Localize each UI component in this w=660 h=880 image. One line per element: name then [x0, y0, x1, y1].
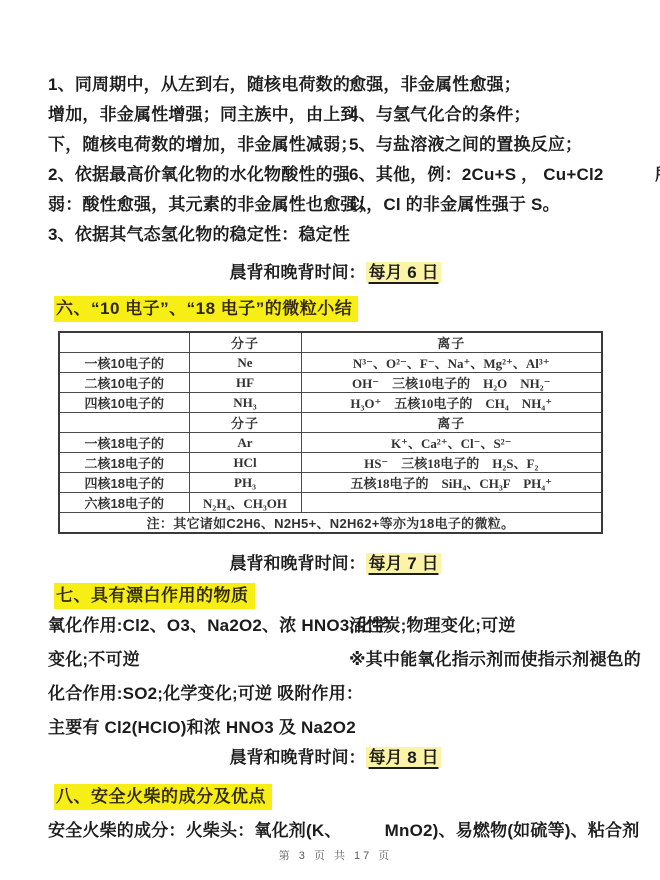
table-cell-label: 一核18电子的: [59, 433, 189, 453]
table-cell-molecule: N₂H₄、CH₃OH: [189, 493, 301, 513]
table-cell-ion: N³⁻、O²⁻、F⁻、Na⁺、Mg²⁺、Al³⁺: [301, 353, 602, 373]
bleach-left-column: 氧化作用:Cl2、O3、Na2O2、浓 HNO3;化学 变化;不可逆 化合作用:…: [48, 609, 336, 745]
periodic-left-column: 1、同周期中，从左到右，随核电荷数的 增加，非金属性增强；同主族中，由上到 下，…: [48, 70, 336, 250]
table-cell-label: 一核10电子的: [59, 353, 189, 373]
table-row: 二核18电子的 HCl HS⁻ 三核18电子的 H₂S、F₂: [59, 453, 602, 473]
table-cell-molecule: HF: [189, 373, 301, 393]
table-cell-label: 四核18电子的: [59, 473, 189, 493]
heading-row: 八、安全火柴的成分及优点: [48, 784, 623, 810]
table-row: 二核10电子的 HF OH⁻ 三核10电子的 H₂O NH₂⁻: [59, 373, 602, 393]
recite-time-value: 每月 7 日: [366, 553, 442, 574]
text-line: 增加，非金属性增强；同主族中，由上到: [48, 100, 336, 130]
electron-particle-table: 分子 离子 一核10电子的 Ne N³⁻、O²⁻、F⁻、Na⁺、Mg²⁺、Al³…: [58, 331, 603, 534]
heading-row: 七、具有漂白作用的物质: [48, 583, 623, 609]
text-line: 变化;不可逆: [48, 643, 336, 677]
table-row: 一核18电子的 Ar K⁺、Ca²⁺、Cl⁻、S²⁻: [59, 433, 602, 453]
page-number: 第 3 页 共 17 页: [48, 847, 623, 863]
bleach-right-column: 活性炭;物理变化;可逆 ※其中能氧化指示剂而使指示剂褪色的: [349, 609, 623, 745]
table-cell-ion: 五核18电子的 SiH₄、CH₃F PH₄⁺: [301, 473, 602, 493]
table-cell-label: 二核10电子的: [59, 373, 189, 393]
table-note: 注：其它诸如C2H6、N2H5+、N2H62+等亦为18电子的微粒。: [59, 513, 602, 534]
section-heading-eight: 八、安全火柴的成分及优点: [54, 784, 272, 810]
text-line: 活性炭;物理变化;可逆: [349, 609, 623, 643]
table-header-row: 分子 离子: [59, 332, 602, 353]
table-cell-ion: [301, 493, 602, 513]
periodic-trend-section: 1、同周期中，从左到右，随核电荷数的 增加，非金属性增强；同主族中，由上到 下，…: [48, 70, 623, 250]
text-line: 弱：酸性愈强，其元素的非金属性也愈强；: [48, 190, 336, 220]
text-line: 下，随核电荷数的增加，非金属性减弱；: [48, 130, 336, 160]
table-row: 六核18电子的 N₂H₄、CH₃OH: [59, 493, 602, 513]
text-line: ※其中能氧化指示剂而使指示剂褪色的: [349, 643, 623, 677]
table-header-row: 分子 离子: [59, 413, 602, 433]
table-header-molecule: 分子: [189, 413, 301, 433]
text-line: 以，Cl 的非金属性强于 S。: [349, 190, 623, 220]
text-line: 4、与氢气化合的条件；: [349, 100, 623, 130]
recite-time-line: 晨背和晚背时间：每月 8 日: [48, 745, 623, 771]
text-line: 5、与盐溶液之间的置换反应；: [349, 130, 623, 160]
table-header-ion: 离子: [301, 413, 602, 433]
recite-time-label: 晨背和晚背时间：: [230, 263, 366, 282]
text-line: 1、同周期中，从左到右，随核电荷数的: [48, 70, 336, 100]
recite-time-value: 每月 6 日: [366, 262, 442, 283]
table-cell-ion: H₃O⁺ 五核10电子的 CH₄ NH₄⁺: [301, 393, 602, 413]
table-header-ion: 离子: [301, 332, 602, 353]
recite-time-line: 晨背和晚背时间：每月 6 日: [48, 260, 623, 286]
table-cell-empty: [59, 332, 189, 353]
section-heading-six: 六、“10 电子”、“18 电子”的微粒小结: [54, 296, 358, 322]
section-heading-seven: 七、具有漂白作用的物质: [54, 583, 255, 609]
table-cell-molecule: Ne: [189, 353, 301, 373]
table-cell-label: 六核18电子的: [59, 493, 189, 513]
table-row: 四核18电子的 PH₃ 五核18电子的 SiH₄、CH₃F PH₄⁺: [59, 473, 602, 493]
table-cell-label: 二核18电子的: [59, 453, 189, 473]
document-page: 1、同周期中，从左到右，随核电荷数的 增加，非金属性增强；同主族中，由上到 下，…: [0, 0, 660, 880]
heading-row: 六、“10 电子”、“18 电子”的微粒小结: [48, 296, 623, 322]
match-composition-line: 安全火柴的成分：火柴头：氧化剂(K、 MnO2)、易燃物(如硫等)、粘合剂: [48, 819, 623, 843]
table-cell-molecule: NH₃: [189, 393, 301, 413]
text-line: 氧化作用:Cl2、O3、Na2O2、浓 HNO3;化学: [48, 609, 336, 643]
table-cell-label: 四核10电子的: [59, 393, 189, 413]
text-line: 主要有 Cl2(HClO)和浓 HNO3 及 Na2O2: [48, 711, 336, 745]
table-cell-ion: HS⁻ 三核18电子的 H₂S、F₂: [301, 453, 602, 473]
periodic-right-column: 愈强，非金属性愈强； 4、与氢气化合的条件； 5、与盐溶液之间的置换反应； 6、…: [349, 70, 623, 250]
table-row: 四核10电子的 NH₃ H₃O⁺ 五核10电子的 CH₄ NH₄⁺: [59, 393, 602, 413]
table-header-molecule: 分子: [189, 332, 301, 353]
table-cell-ion: OH⁻ 三核10电子的 H₂O NH₂⁻: [301, 373, 602, 393]
bleach-section: 氧化作用:Cl2、O3、Na2O2、浓 HNO3;化学 变化;不可逆 化合作用:…: [48, 609, 623, 745]
text-line: 6、其他，例：2Cu+S ， Cu+Cl2 所: [349, 160, 623, 190]
table-row: 一核10电子的 Ne N³⁻、O²⁻、F⁻、Na⁺、Mg²⁺、Al³⁺: [59, 353, 602, 373]
table-cell-empty: [59, 413, 189, 433]
recite-time-label: 晨背和晚背时间：: [230, 554, 366, 573]
text-line: 化合作用:SO2;化学变化;可逆 吸附作用：: [48, 677, 336, 711]
recite-time-line: 晨背和晚背时间：每月 7 日: [48, 551, 623, 577]
text-line: 3、依据其气态氢化物的稳定性：稳定性: [48, 220, 336, 250]
recite-time-label: 晨背和晚背时间：: [230, 748, 366, 767]
text-line: 2、依据最高价氧化物的水化物酸性的强: [48, 160, 336, 190]
table-note-row: 注：其它诸如C2H6、N2H5+、N2H62+等亦为18电子的微粒。: [59, 513, 602, 534]
table-cell-molecule: HCl: [189, 453, 301, 473]
table-cell-molecule: PH₃: [189, 473, 301, 493]
table-cell-molecule: Ar: [189, 433, 301, 453]
recite-time-value: 每月 8 日: [366, 747, 442, 768]
text-line: 愈强，非金属性愈强；: [349, 70, 623, 100]
table-cell-ion: K⁺、Ca²⁺、Cl⁻、S²⁻: [301, 433, 602, 453]
